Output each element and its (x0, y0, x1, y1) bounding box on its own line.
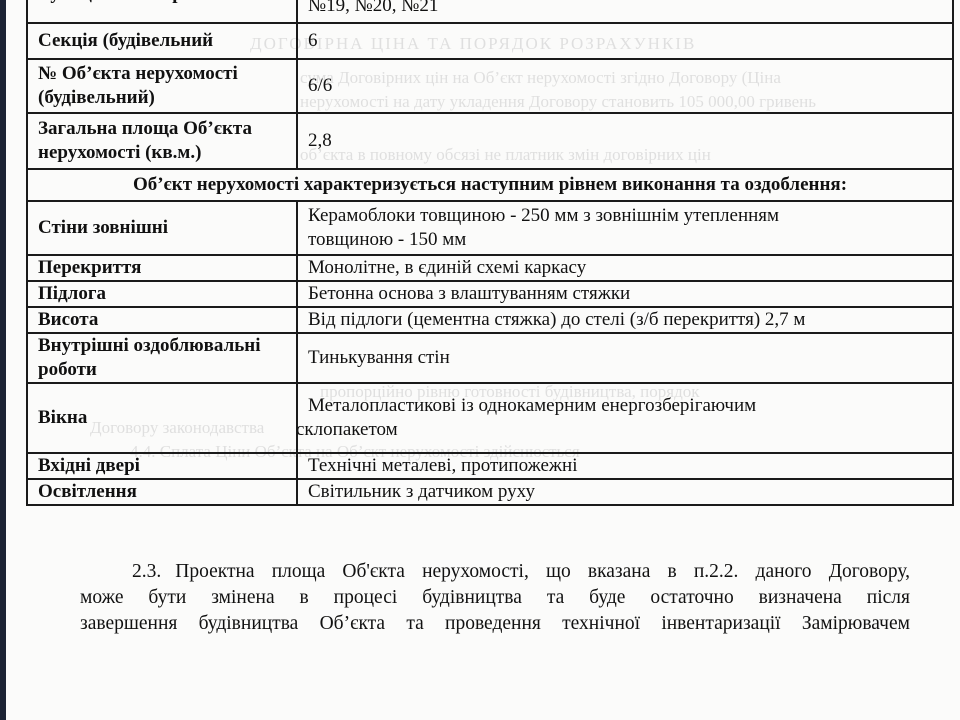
lighting-label: Освітлення (27, 479, 297, 505)
exterior-walls-value: Керамоблоки товщиною - 250 мм з зовнішні… (297, 201, 953, 255)
interior-finish-value: Тинькування стін (297, 333, 953, 383)
height-value: Від підлоги (цементна стяжка) до стелі (… (297, 307, 953, 333)
total-area-label-line1: Загальна площа Об’єкта (38, 117, 286, 141)
street-label: Вулиця та номер: (27, 0, 297, 23)
clause-2-3-paragraph: 2.3.Проектна площа Об'єкта нерухомості, … (80, 559, 910, 637)
table-row: Вікна Металопластикові із однокамерним е… (27, 383, 953, 453)
street-value: №19, №20, №21 (297, 0, 953, 23)
table-row: Стіни зовнішні Керамоблоки товщиною - 25… (27, 201, 953, 255)
table-row: Підлога Бетонна основа з влаштуванням ст… (27, 281, 953, 307)
clause-line-3: завершення будівництва Об’єкта та провед… (80, 611, 910, 637)
windows-label: Вікна (27, 383, 297, 453)
object-number-label-line1: № Об’єкта нерухомості (38, 62, 286, 86)
section-value: 6 (297, 23, 953, 59)
windows-value: Металопластикові із однокамерним енергоз… (297, 383, 953, 453)
entrance-door-value: Технічні металеві, протипожежні (297, 453, 953, 479)
clause-line-1-text: Проектна площа Об'єкта нерухомості, що в… (175, 561, 910, 582)
interior-finish-label-line2: роботи (38, 358, 286, 382)
object-number-value: 6/6 (297, 59, 953, 113)
object-number-label-line2: (будівельний) (38, 86, 286, 110)
table-row: Освітлення Світильник з датчиком руху (27, 479, 953, 505)
windows-value-line2: склопакетом (296, 418, 942, 442)
floors-slab-value: Монолітне, в єдиній схемі каркасу (297, 255, 953, 281)
table-row: Висота Від підлоги (цементна стяжка) до … (27, 307, 953, 333)
total-area-value: 2,8 (297, 113, 953, 169)
windows-value-line1: Металопластикові із однокамерним енергоз… (308, 395, 756, 416)
floor-value: Бетонна основа з влаштуванням стяжки (297, 281, 953, 307)
table-row: № Об’єкта нерухомості (будівельний) 6/6 (27, 59, 953, 113)
clause-line-2: може бути змінена в процесі будівництва … (80, 585, 910, 611)
total-area-label-line2: нерухомості (кв.м.) (38, 141, 286, 165)
table-row: Перекриття Монолітне, в єдиній схемі кар… (27, 255, 953, 281)
finish-level-header: Об’єкт нерухомості характеризується наст… (27, 169, 953, 201)
clause-line-1: 2.3.Проектна площа Об'єкта нерухомості, … (80, 559, 910, 585)
object-number-label: № Об’єкта нерухомості (будівельний) (27, 59, 297, 113)
height-label: Висота (27, 307, 297, 333)
page-edge-shadow (0, 0, 6, 720)
total-area-label: Загальна площа Об’єкта нерухомості (кв.м… (27, 113, 297, 169)
interior-finish-label: Внутрішні оздоблювальні роботи (27, 333, 297, 383)
property-specs-table: Вулиця та номер: №19, №20, №21 Секція (б… (26, 0, 954, 506)
lighting-value: Світильник з датчиком руху (297, 479, 953, 505)
exterior-walls-label: Стіни зовнішні (27, 201, 297, 255)
table-row: Загальна площа Об’єкта нерухомості (кв.м… (27, 113, 953, 169)
exterior-walls-value-line1: Керамоблоки товщиною - 250 мм з зовнішні… (308, 204, 942, 228)
table-section-header-row: Об’єкт нерухомості характеризується наст… (27, 169, 953, 201)
table-row: Вулиця та номер: №19, №20, №21 (27, 0, 953, 23)
clause-number: 2.3. (132, 559, 161, 585)
floors-slab-label: Перекриття (27, 255, 297, 281)
entrance-door-label: Вхідні двері (27, 453, 297, 479)
floor-label: Підлога (27, 281, 297, 307)
table-row: Внутрішні оздоблювальні роботи Тинькуван… (27, 333, 953, 383)
section-label: Секція (будівельний (27, 23, 297, 59)
table-row: Секція (будівельний 6 (27, 23, 953, 59)
interior-finish-label-line1: Внутрішні оздоблювальні (38, 334, 286, 358)
exterior-walls-value-line2: товщиною - 150 мм (308, 228, 942, 252)
table-row: Вхідні двері Технічні металеві, протипож… (27, 453, 953, 479)
